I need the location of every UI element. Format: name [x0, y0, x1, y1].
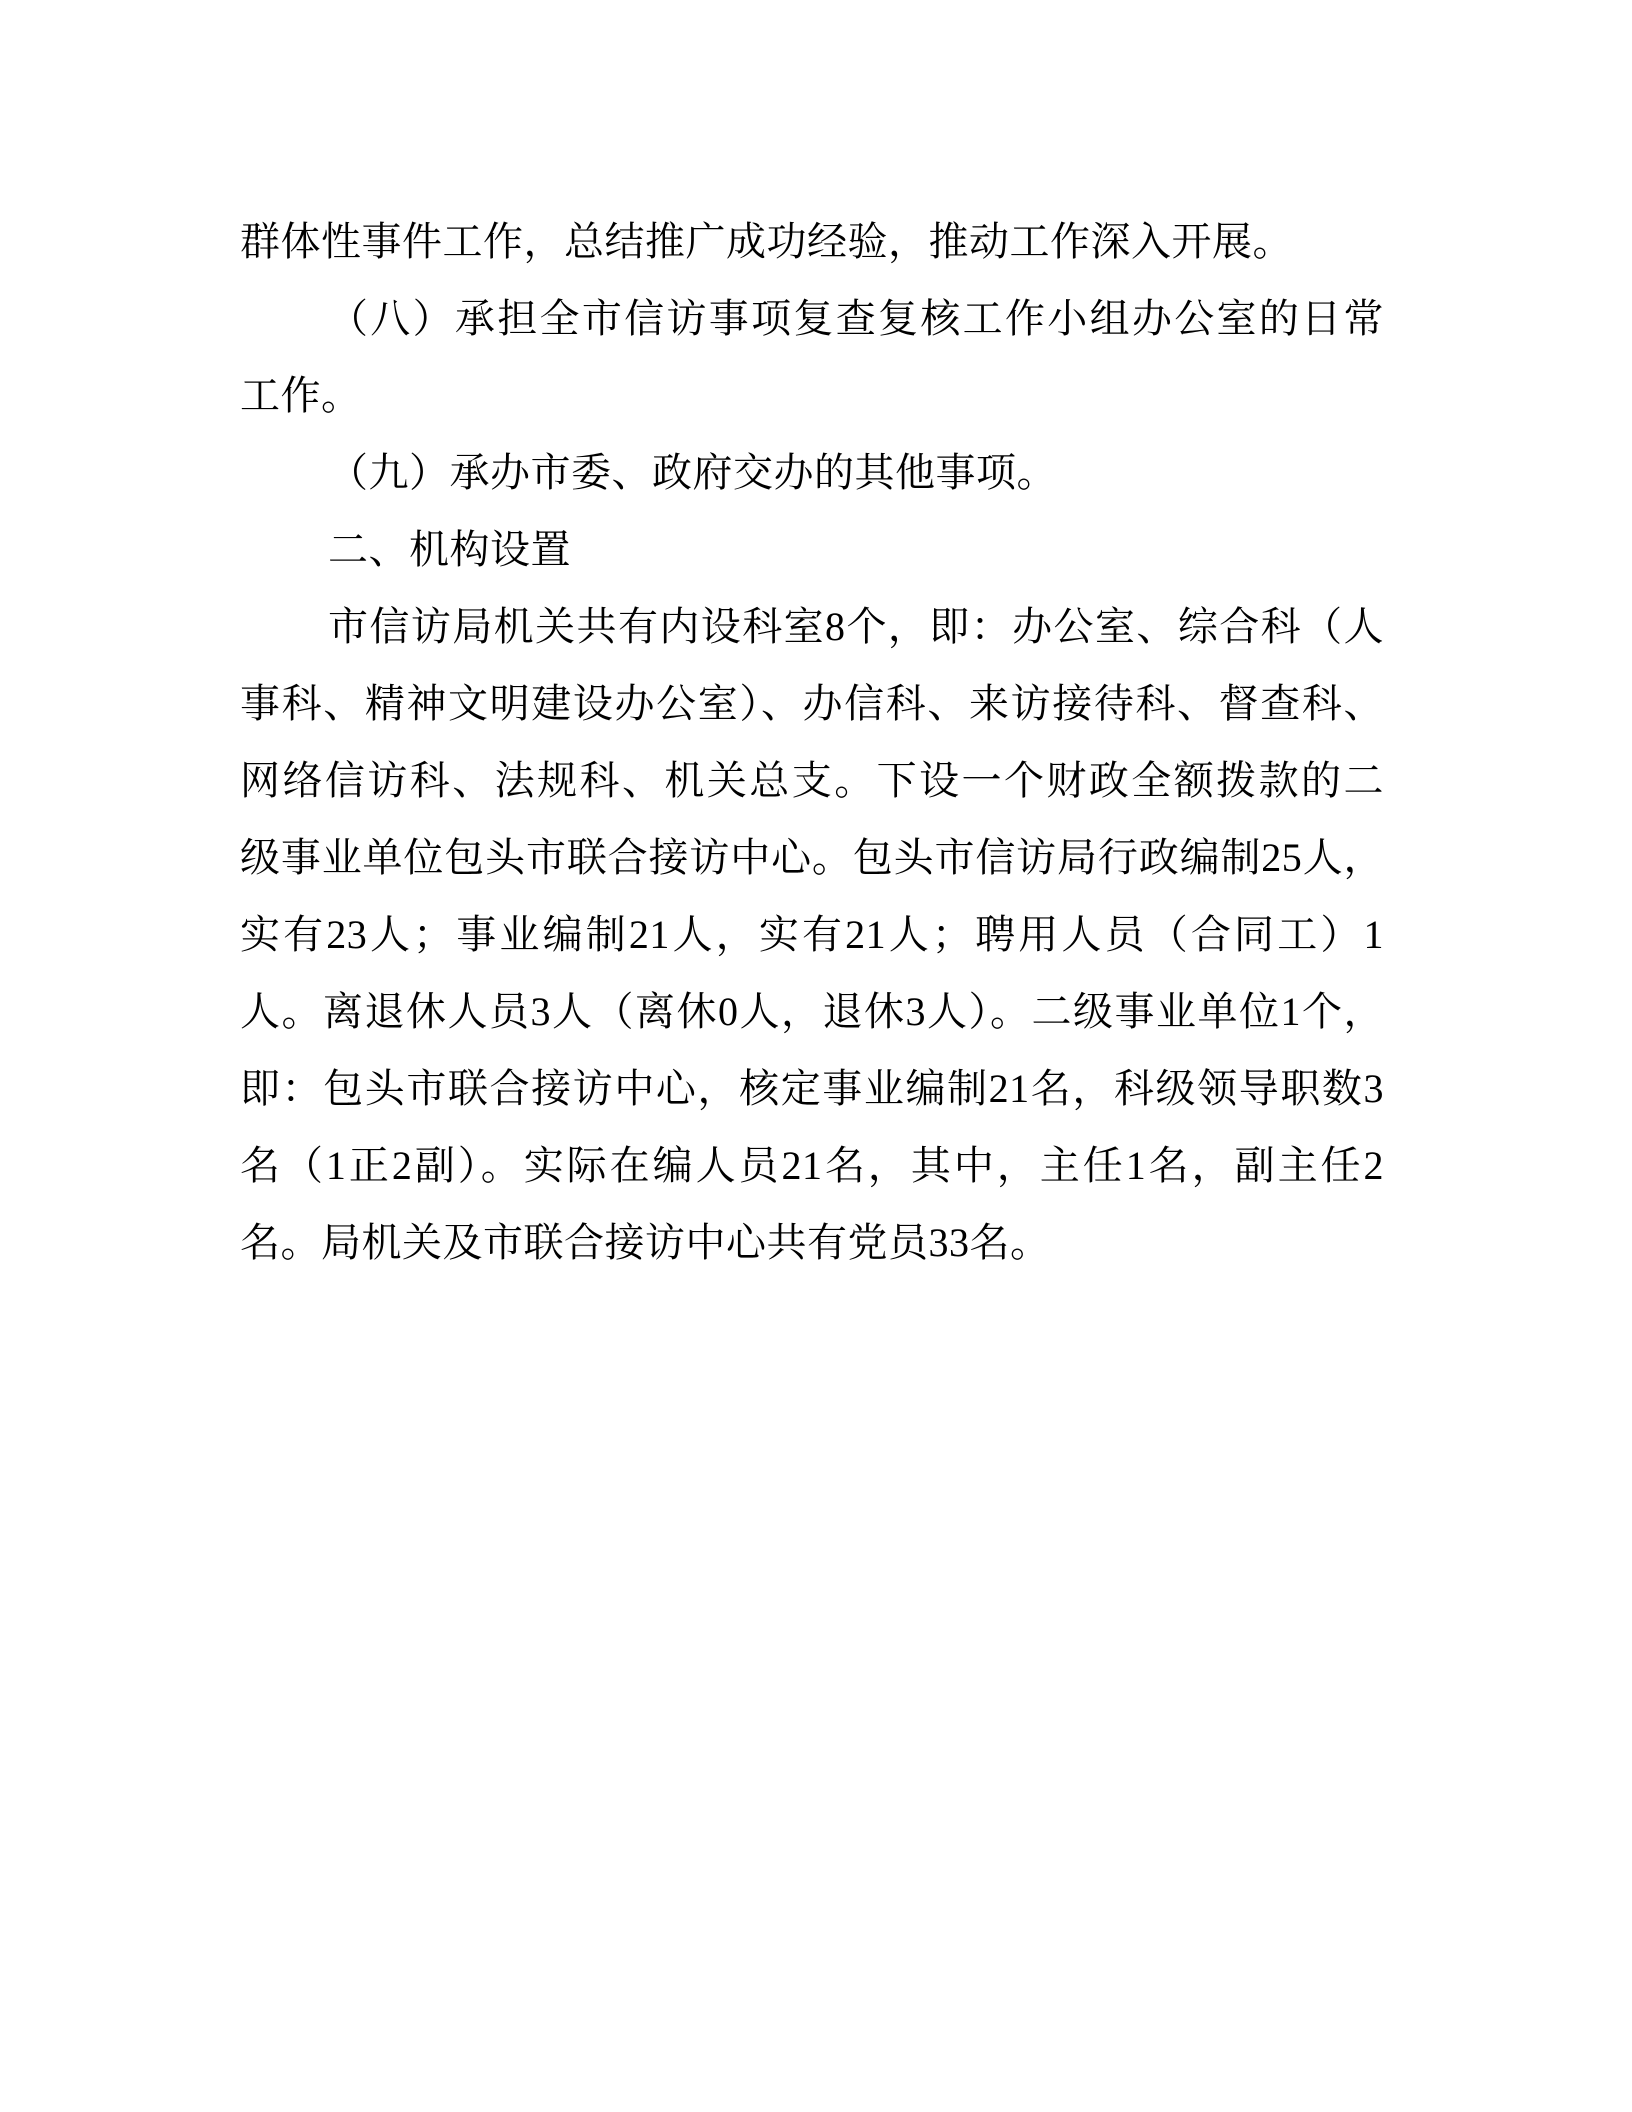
document-page: 群体性事件工作，总结推广成功经验，推动工作深入开展。 （八）承担全市信访事项复查… — [0, 0, 1632, 2112]
document-line: 即：包头市联合接访中心，核定事业编制21名，科级领导职数3 — [240, 1050, 1384, 1127]
section-heading: 二、机构设置 — [240, 511, 1384, 588]
document-line: 实有23人；事业编制21人，实有21人；聘用人员（合同工）1 — [240, 896, 1384, 973]
document-line: 群体性事件工作，总结推广成功经验，推动工作深入开展。 — [240, 203, 1384, 280]
document-line: 人。离退休人员3人（离休0人，退休3人）。二级事业单位1个， — [240, 973, 1384, 1050]
document-line: 事科、精神文明建设办公室）、办信科、来访接待科、督查科、 — [240, 665, 1384, 742]
document-line: 网络信访科、法规科、机关总支。下设一个财政全额拨款的二 — [240, 742, 1384, 819]
document-text: 群体性事件工作，总结推广成功经验，推动工作深入开展。 （八）承担全市信访事项复查… — [240, 203, 1384, 1281]
document-line: （九）承办市委、政府交办的其他事项。 — [240, 434, 1384, 511]
document-line: 工作。 — [240, 357, 1384, 434]
document-line: 市信访局机关共有内设科室8个，即：办公室、综合科（人 — [240, 588, 1384, 665]
document-line: 级事业单位包头市联合接访中心。包头市信访局行政编制25人， — [240, 819, 1384, 896]
document-line: （八）承担全市信访事项复查复核工作小组办公室的日常 — [240, 280, 1384, 357]
document-line: 名（1正2副）。实际在编人员21名，其中，主任1名，副主任2 — [240, 1127, 1384, 1204]
document-line: 名。局机关及市联合接访中心共有党员33名。 — [240, 1204, 1384, 1281]
